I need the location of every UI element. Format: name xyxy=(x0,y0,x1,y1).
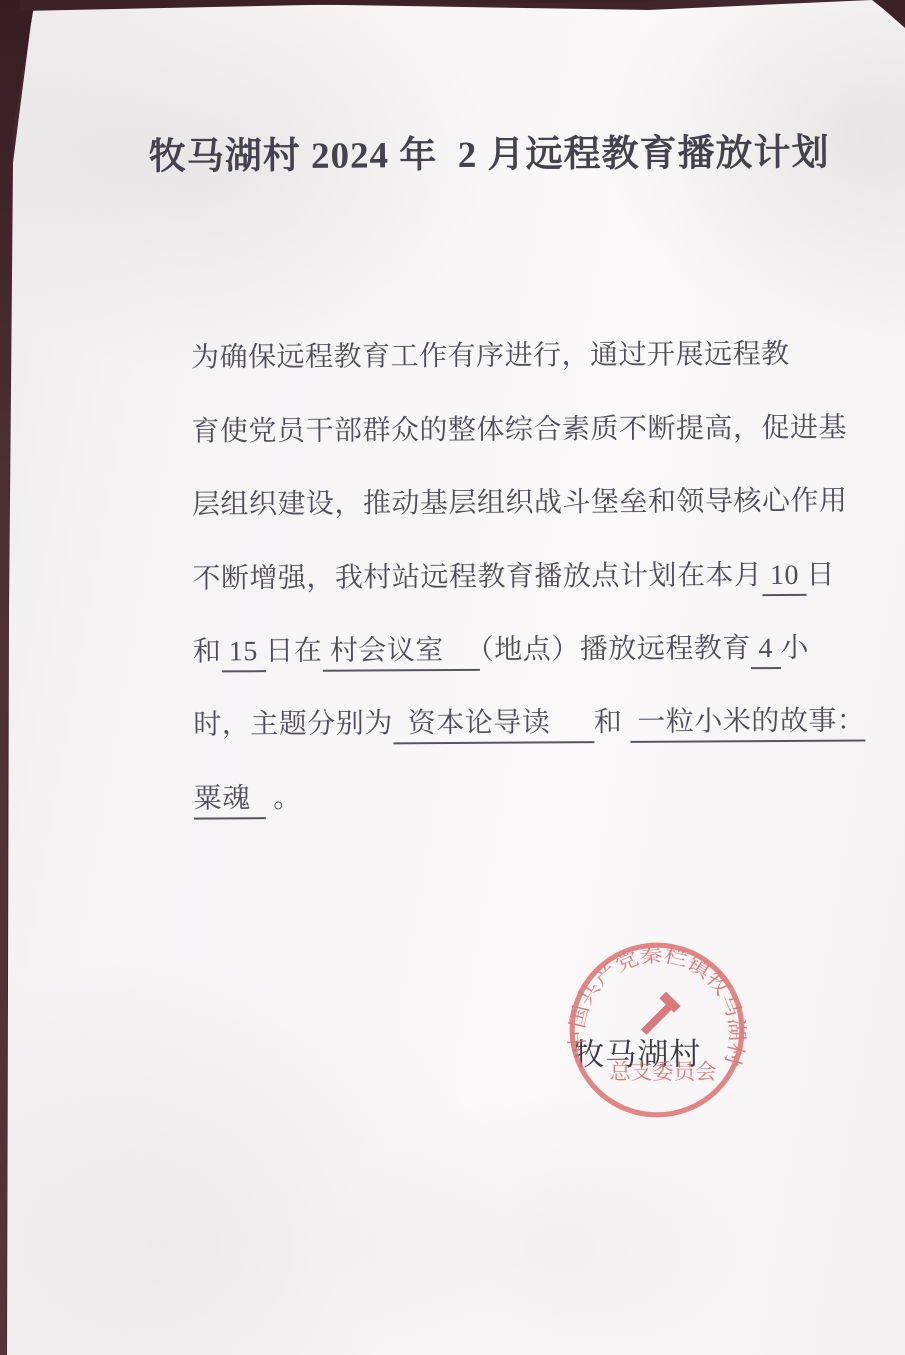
body-text: 为确保远程教育工作有序进行，通过开展远程教 xyxy=(191,339,790,374)
blank-value-day2: 15 xyxy=(221,636,265,672)
document-photo: 牧马湖村 2024 年 2 月远程教育播放计划 为确保远程教育工作有序进行，通过… xyxy=(0,0,905,1355)
body-paragraph: 为确保远程教育工作有序进行，通过开展远程教 育使党员干部群众的整体综合素质不断提… xyxy=(130,245,808,763)
document-title: 牧马湖村 2024 年 2 月远程教育播放计划 xyxy=(149,122,809,180)
seal-ring-text: 中国共产党秦栏镇牧马湖村 xyxy=(567,943,747,1068)
body-text: 时，主题分别为 xyxy=(193,709,393,741)
body-line: 为确保远程教育工作有序进行，通过开展远程教 xyxy=(130,245,805,323)
body-text: 日 xyxy=(806,559,835,590)
body-text: 不断增强，我村站远程教育播放点计划在本月 xyxy=(192,560,762,594)
blank-value-topic2-cont: 粟魂 xyxy=(194,783,266,819)
body-text: 层组织建设，推动基层组织战斗堡垒和领导核心作用 xyxy=(192,486,848,521)
body-text: 和 xyxy=(193,636,222,667)
body-text: 小 xyxy=(780,633,809,664)
hammer-sickle-icon xyxy=(632,992,681,1042)
blank-value-topic2: 一粒小米的故事： xyxy=(630,706,866,743)
body-text: 。 xyxy=(266,783,302,814)
body-text: 和 xyxy=(594,707,630,738)
body-text: （地点）播放远程教育 xyxy=(480,633,751,666)
blank-value-location: 村会议室 xyxy=(322,635,480,672)
document-content: 牧马湖村 2024 年 2 月远程教育播放计划 为确保远程教育工作有序进行，通过… xyxy=(0,0,905,1355)
blank-value-day1: 10 xyxy=(762,559,806,595)
blank-value-hours: 4 xyxy=(751,633,781,669)
blank-value-topic1: 资本论导读 xyxy=(393,707,594,744)
seal-banner-text: 总支委员会 xyxy=(609,1060,716,1084)
seal-graphic: 中国共产党秦栏镇牧马湖村 总支委员会 xyxy=(567,940,747,1120)
body-text: 日在 xyxy=(265,636,322,667)
official-seal: 中国共产党秦栏镇牧马湖村 总支委员会 xyxy=(567,940,747,1120)
body-text: 育使党员干部群众的整体综合素质不断提高，促进基 xyxy=(191,412,847,447)
